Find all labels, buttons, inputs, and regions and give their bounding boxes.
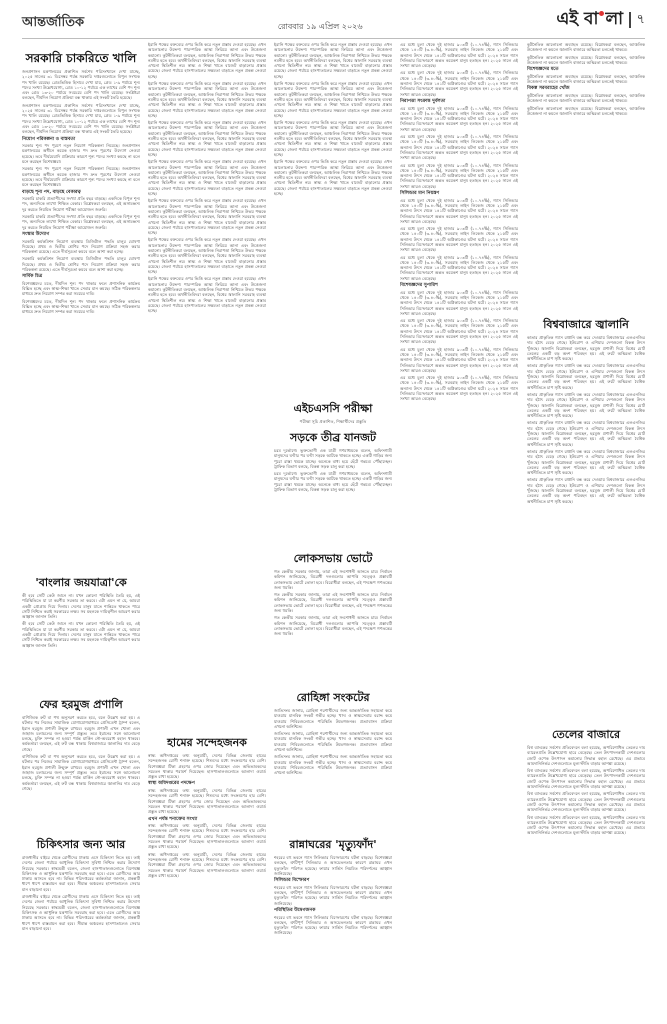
newspaper-columns: সরকারি চাকরিতে খালি জনপ্রশাসন মন্ত্রণালয… [22, 42, 645, 1012]
subheading: সিলিন্ডার বিস্ফোরণ [274, 878, 392, 884]
article-body: বাণিজ্যিক রুট বা পথ অনুসরণ করতে হবে, বলে… [22, 715, 140, 752]
subheading: নিরাপত্তা সংক্রান্ত দুর্বলতা [400, 99, 518, 105]
article-measles: হামের সন্দেহজনক স্বাস্থ্য অধিদপ্তরের তথ্… [148, 732, 266, 880]
kicker: পরীক্ষা সূচি প্রকাশিত, শিক্ষার্থীদের প্র… [274, 419, 392, 426]
article-body: কী হবে সেটি কেউ জানে না। যখন কোনো পরিস্থ… [22, 593, 140, 619]
article-body: ইরানি পক্ষের বক্তব্যের ওপর ভিত্তি করে নত… [148, 159, 266, 196]
article-body: ইরানি পক্ষের বক্তব্যের ওপর ভিত্তি করে নত… [274, 159, 392, 196]
article-body: এর মধ্যে চুলা থেকে দুই হাজার ৯০৩টি (১০.৭… [400, 70, 518, 96]
article-body: ইরানি পক্ষের বক্তব্যের ওপর ভিত্তি করে নত… [148, 42, 266, 79]
article-body: সরকারি কর্মকমিশন নিয়োগ ব্যবস্থায় ডিজিট… [22, 239, 140, 255]
article-body: চরম দুর্ভোগে। ভুক্তভোগী এক যাত্রী গণমাধ্… [274, 471, 392, 492]
article-kitchen: রান্নাঘরের 'মৃত্যুফাঁদ' শহরের বহু ভবনে গ… [274, 834, 392, 938]
article-body: বিশেষজ্ঞদের মতে, দীর্ঘদিন শূন্য পদ থাকার… [22, 281, 140, 297]
article-body: জনপ্রশাসন মন্ত্রণালয়ের প্রকাশিত সর্বশেষ… [22, 103, 140, 135]
article-body: ইরানি পক্ষের বক্তব্যের ওপর ভিত্তি করে নত… [148, 237, 266, 274]
article-body: জাতিসংঘ জানায়, রোহিঙ্গা শরণার্থীদের জন্… [274, 708, 392, 729]
article-body: ইরানি পক্ষের বক্তব্যের ওপর ভিত্তি করে নত… [274, 81, 392, 118]
headline: রান্নাঘরের 'মৃত্যুফাঁদ' [274, 838, 392, 851]
article-body: স্বাস্থ্য অধিদপ্তরের তথ্য অনুযায়ী, দেশে… [148, 753, 266, 779]
article-body: বিশেষজ্ঞদের মতে, দীর্ঘদিন শূন্য পদ থাকার… [22, 299, 140, 315]
article-body: চরম দুর্ভোগে। ভুক্তভোগী এক যাত্রী গণমাধ্… [274, 448, 392, 469]
column-5: কূটনৈতিক আলোচনা অব্যাহত রয়েছে। বিশ্লেষক… [527, 42, 645, 1012]
column-4: এর মধ্যে চুলা থেকে দুই হাজার ৯০৩টি (১০.৭… [400, 42, 518, 1012]
article-body: এর মধ্যে চুলা থেকে দুই হাজার ৯০৩টি (১০.৭… [400, 290, 518, 316]
article-govt-jobs: সরকারি চাকরিতে খালি জনপ্রশাসন মন্ত্রণালয… [22, 52, 140, 315]
article-body: কাতার প্রাকৃতিক গ্যাস রপ্তানি বন্ধ করে দ… [527, 477, 645, 503]
brand-suffix: লা [605, 9, 623, 29]
article-body: সরকারি চাকরি প্রত্যাশীদের সংখ্যা প্রতি ব… [22, 196, 140, 212]
article-body: ইরানি পক্ষের বক্তব্যের ওপর ভিত্তি করে নত… [148, 198, 266, 235]
headline: তেলের বাজারে [527, 728, 645, 741]
subheading: সিলিন্ডার মান নিয়ন্ত্রণ [400, 191, 518, 197]
subheading: বিশেষজ্ঞদের মতে [527, 67, 645, 73]
article-body: রাজধানীর বাইরে থেকে রোগীদের ঢাকায় এসে চ… [22, 855, 140, 892]
brand-logo: এই বালা ৭ [556, 6, 645, 34]
article-body: কূটনৈতিক আলোচনা অব্যাহত রয়েছে। বিশ্লেষক… [527, 74, 645, 85]
article-body: এর মধ্যে চুলা থেকে দুই হাজার ৯০৩টি (১০.৭… [400, 255, 518, 281]
page-number: ৭ [637, 10, 645, 31]
subheading: বাড়ছে শূন্য পদ, বাড়ছে বেকারত্ব [22, 190, 140, 196]
article-body: এর মধ্যে চুলা থেকে দুই হাজার ৯০৩টি (১০.৭… [400, 226, 518, 252]
subheading: সংস্কার উদ্যোগ [22, 232, 140, 238]
subheading: স্বাস্থ্য অধিদপ্তরের পদক্ষেপ [148, 781, 266, 787]
article-body: এর মধ্যে চুলা থেকে দুই হাজার ৯০৩টি (১০.৭… [400, 375, 518, 401]
article-body: কাতার প্রাকৃতিক গ্যাস রপ্তানি বন্ধ করে দ… [527, 363, 645, 389]
article-body: বাণিজ্যিক রুট বা পথ অনুসরণ করতে হবে, বলে… [22, 754, 140, 791]
subheading: নিয়োগ পরিকল্পনা ও বাস্তবতা [22, 137, 140, 143]
column-1: সরকারি চাকরিতে খালি জনপ্রশাসন মন্ত্রণালয… [22, 42, 140, 1012]
subheading: এখন পর্যন্ত শনাক্তের সংখ্যা [148, 817, 266, 823]
headline: সরকারি চাকরিতে খালি [22, 52, 140, 65]
logo-dot-icon [599, 11, 604, 16]
article-lok-sabha: লোকসভায় ভোটে গত কেন্দ্রীয় সরকার জানায়… [274, 548, 392, 639]
article-body: ইরানি পক্ষের বক্তব্যের ওপর ভিত্তি করে নত… [148, 120, 266, 157]
article-body: স্বাস্থ্য অধিদপ্তরের তথ্য অনুযায়ী, দেশে… [148, 788, 266, 814]
column-2: ইরানি পক্ষের বক্তব্যের ওপর ভিত্তি করে নত… [148, 42, 266, 1012]
article-body: কী হবে সেটি কেউ জানে না। যখন কোনো পরিস্থ… [22, 621, 140, 647]
headline: সড়কে তীব্র যানজট [274, 431, 392, 444]
article-hormuz: ফের হরমুজ প্রণালি বাণিজ্যিক রুট বা পথ অন… [22, 694, 140, 793]
article-continued: ইরানি পক্ষের বক্তব্যের ওপর ভিত্তি করে নত… [148, 42, 266, 314]
subheading: সার্বিক চিত্র [22, 274, 140, 280]
article-body: বিশ্ব ব্যাংকের সর্বশেষ প্রতিবেদনে বলা হয… [527, 815, 645, 836]
article-body: কূটনৈতিক আলোচনা অব্যাহত রয়েছে। বিশ্লেষক… [527, 106, 645, 117]
article-body: জনপ্রশাসন মন্ত্রণালয়ের প্রকাশিত সর্বশেষ… [22, 69, 140, 101]
headline: এইচএসসি পরীক্ষা [274, 402, 392, 415]
headline: হামের সন্দেহজনক [148, 736, 266, 749]
article-body: বিশ্ব ব্যাংকের সর্বশেষ প্রতিবেদনে বলা হয… [527, 768, 645, 789]
article-body: স্বাস্থ্য অধিদপ্তরের তথ্য অনুযায়ী, দেশে… [148, 852, 266, 878]
article-body: কাতার প্রাকৃতিক গ্যাস রপ্তানি বন্ধ করে দ… [527, 420, 645, 446]
article-body: সরকারি চাকরি প্রত্যাশীদের সংখ্যা প্রতি ব… [22, 214, 140, 230]
article-body: গত কেন্দ্রীয় সরকার জানায়, তারা এই সংশো… [274, 569, 392, 590]
section-name: আন্তর্জাতিক [22, 13, 84, 34]
article-body: এর মধ্যে চুলা থেকে দুই হাজার ৯০৩টি (১০.৭… [400, 134, 518, 160]
article-body: বিশ্ব ব্যাংকের সর্বশেষ প্রতিবেদনে বলা হয… [527, 791, 645, 812]
headline: 'বাংলার জয়যাত্রা'কে [22, 576, 140, 589]
article-hsc-exam: এইচএসসি পরীক্ষা পরীক্ষা সূচি প্রকাশিত, শ… [274, 398, 392, 429]
article-body: এর মধ্যে চুলা থেকে দুই হাজার ৯০৩টি (১০.৭… [400, 42, 518, 68]
subheading: বিকল্প সরবরাহের খোঁজ [527, 86, 645, 92]
article-body: শহরের বহু ভবনে গ্যাস সিলিন্ডার বিস্ফোরণে… [274, 885, 392, 906]
headline: বিশ্ববাজারে জ্বালানি [527, 318, 645, 331]
column-3: ইরানি পক্ষের বক্তব্যের ওপর ভিত্তি করে নত… [274, 42, 392, 1012]
headline: চিকিৎসার জন্য আর [22, 838, 140, 851]
article-body: গত কেন্দ্রীয় সরকার জানায়, তারা এই সংশো… [274, 592, 392, 613]
article-world-energy: বিশ্ববাজারে জ্বালানি কাতার প্রাকৃতিক গ্য… [527, 314, 645, 506]
article-body: সরকার শূন্য পদ পূরণে নতুন নিয়োগ পরিকল্প… [22, 166, 140, 187]
article-bangla-journey: 'বাংলার জয়যাত্রা'কে কী হবে সেটি কেউ জান… [22, 572, 140, 650]
article-body: বিশ্ব ব্যাংকের সর্বশেষ প্রতিবেদনে বলা হয… [527, 745, 645, 766]
article-body: এর মধ্যে চুলা থেকে দুই হাজার ৯০৩টি (১০.৭… [400, 347, 518, 373]
article-traffic: সড়কে তীব্র যানজট চরম দুর্ভোগে। ভুক্তভোগ… [274, 427, 392, 494]
article-body: কাতার প্রাকৃতিক গ্যাস রপ্তানি বন্ধ করে দ… [527, 449, 645, 475]
article-body: এর মধ্যে চুলা থেকে দুই হাজার ৯০৩টি (১০.৭… [400, 198, 518, 224]
brand-prefix: এই বা [556, 9, 598, 29]
article-body: কাতার প্রাকৃতিক গ্যাস রপ্তানি বন্ধ করে দ… [527, 335, 645, 361]
article-body: এর মধ্যে চুলা থেকে দুই হাজার ৯০৩টি (১০.৭… [400, 106, 518, 132]
article-body: স্বাস্থ্য অধিদপ্তরের তথ্য অনুযায়ী, দেশে… [148, 823, 266, 849]
article-body: সরকার শূন্য পদ পূরণে নতুন নিয়োগ পরিকল্প… [22, 143, 140, 164]
dateline: রোববার ১৯ এপ্রিল ২০২৬ [278, 21, 363, 34]
article-body: গত কেন্দ্রীয় সরকার জানায়, তারা এই সংশো… [274, 615, 392, 636]
article-body: রাজধানীর বাইরে থেকে রোগীদের ঢাকায় এসে চ… [22, 894, 140, 931]
article-body: ইরানি পক্ষের বক্তব্যের ওপর ভিত্তি করে নত… [274, 42, 392, 79]
article-gas-stats: এর মধ্যে চুলা থেকে দুই হাজার ৯০৩টি (১০.৭… [400, 42, 518, 402]
subheading: বিশেষজ্ঞদের সুপারিশ [400, 283, 518, 289]
subheading: পরিস্থিতির উদ্বেগজনক [274, 908, 392, 914]
article-body: ইরানি পক্ষের বক্তব্যের ওপর ভিত্তি করে নত… [148, 81, 266, 118]
article-body: কাতার প্রাকৃতিক গ্যাস রপ্তানি বন্ধ করে দ… [527, 392, 645, 418]
divider [629, 12, 631, 28]
article-body: ইরানি পক্ষের বক্তব্যের ওপর ভিত্তি করে নত… [274, 120, 392, 157]
article-body: শহরের বহু ভবনে গ্যাস সিলিন্ডার বিস্ফোরণে… [274, 855, 392, 876]
article-body: শহরের বহু ভবনে গ্যাস সিলিন্ডার বিস্ফোরণে… [274, 915, 392, 936]
headline: রোহিঙ্গা সংকটের [274, 691, 392, 704]
article-oil-market: তেলের বাজারে বিশ্ব ব্যাংকের সর্বশেষ প্রত… [527, 724, 645, 838]
article-body: ইরানি পক্ষের বক্তব্যের ওপর ভিত্তি করে নত… [148, 276, 266, 313]
article-body: কূটনৈতিক আলোচনা অব্যাহত রয়েছে। বিশ্লেষক… [527, 93, 645, 104]
article-rohingya: রোহিঙ্গা সংকটের জাতিসংঘ জানায়, রোহিঙ্গা… [274, 687, 392, 778]
masthead: আন্তর্জাতিক রোববার ১৯ এপ্রিল ২০২৬ এই বাল… [22, 12, 645, 39]
article-body: জাতিসংঘ জানায়, রোহিঙ্গা শরণার্থীদের জন্… [274, 731, 392, 752]
article-body: সরকারি কর্মকমিশন নিয়োগ ব্যবস্থায় ডিজিট… [22, 256, 140, 272]
article-body: এর মধ্যে চুলা থেকে দুই হাজার ৯০৩টি (১০.৭… [400, 318, 518, 344]
article-body: জাতিসংঘ জানায়, রোহিঙ্গা শরণার্থীদের জন্… [274, 754, 392, 775]
headline: লোকসভায় ভোটে [274, 552, 392, 565]
article-body: কূটনৈতিক আলোচনা অব্যাহত রয়েছে। বিশ্লেষক… [527, 55, 645, 66]
article-continued: ইরানি পক্ষের বক্তব্যের ওপর ভিত্তি করে নত… [274, 42, 392, 196]
article-body: এর মধ্যে চুলা থেকে দুই হাজার ৯০৩টি (১০.৭… [400, 163, 518, 189]
article-continued: কূটনৈতিক আলোচনা অব্যাহত রয়েছে। বিশ্লেষক… [527, 42, 645, 116]
article-body: কূটনৈতিক আলোচনা অব্যাহত রয়েছে। বিশ্লেষক… [527, 42, 645, 53]
headline: ফের হরমুজ প্রণালি [22, 698, 140, 711]
article-treatment: চিকিৎসার জন্য আর রাজধানীর বাইরে থেকে রোগ… [22, 834, 140, 933]
